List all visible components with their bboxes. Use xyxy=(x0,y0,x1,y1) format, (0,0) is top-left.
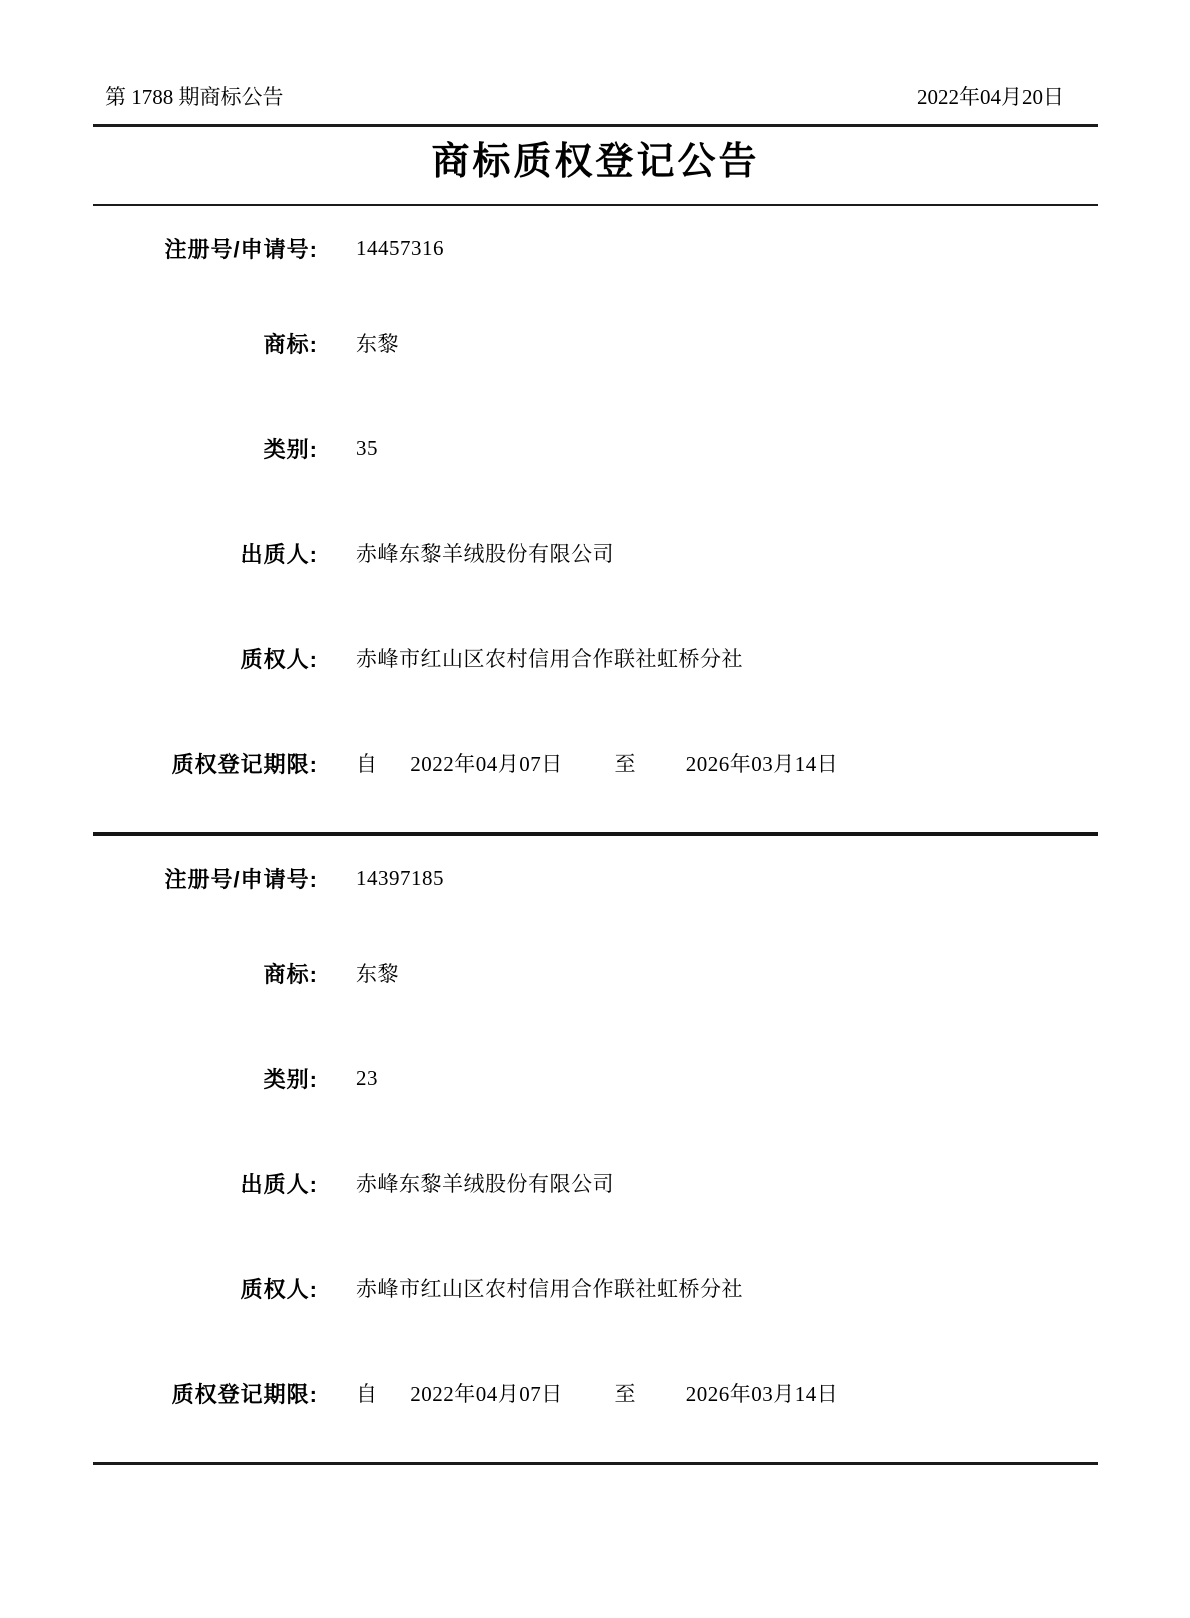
period-from-date: 2022年04月07日 xyxy=(410,1378,563,1408)
period-value: 自 2022年04月07日 至 2026年03月14日 xyxy=(318,1378,838,1408)
field-row-reg-no: 注册号/申请号: 14457316 xyxy=(93,206,1098,291)
class-value: 35 xyxy=(318,436,378,461)
reg-no-value: 14397185 xyxy=(318,866,444,891)
pledgor-value: 赤峰东黎羊绒股份有限公司 xyxy=(318,1168,614,1198)
page-bottom-rule xyxy=(93,1462,1098,1465)
field-row-trademark: 商标: 东黎 xyxy=(93,291,1098,396)
pledge-record-1: 注册号/申请号: 14457316 商标: 东黎 类别: 35 出质人: 赤峰东… xyxy=(93,206,1098,832)
period-from-date: 2022年04月07日 xyxy=(410,748,563,778)
period-to-label: 至 xyxy=(615,1378,637,1408)
pledgor-label: 出质人: xyxy=(93,538,318,569)
field-row-pledgee: 质权人: 赤峰市红山区农村信用合作联社虹桥分社 xyxy=(93,606,1098,711)
reg-no-value: 14457316 xyxy=(318,236,444,261)
field-row-class: 类别: 23 xyxy=(93,1026,1098,1131)
field-row-reg-no: 注册号/申请号: 14397185 xyxy=(93,836,1098,921)
trademark-value: 东黎 xyxy=(318,328,399,358)
gazette-page: 第 1788 期商标公告 2022年04月20日 商标质权登记公告 注册号/申请… xyxy=(0,0,1190,1618)
period-to-date: 2026年03月14日 xyxy=(686,748,839,778)
trademark-label: 商标: xyxy=(93,958,318,989)
class-value: 23 xyxy=(318,1066,378,1091)
period-to-date: 2026年03月14日 xyxy=(686,1378,839,1408)
field-row-period: 质权登记期限: 自 2022年04月07日 至 2026年03月14日 xyxy=(93,1341,1098,1446)
gazette-issue-number: 第 1788 期商标公告 xyxy=(105,84,284,111)
pledgor-value: 赤峰东黎羊绒股份有限公司 xyxy=(318,538,614,568)
document-header: 第 1788 期商标公告 2022年04月20日 xyxy=(93,0,1098,124)
pledgor-label: 出质人: xyxy=(93,1168,318,1199)
trademark-label: 商标: xyxy=(93,328,318,359)
field-row-pledgor: 出质人: 赤峰东黎羊绒股份有限公司 xyxy=(93,1131,1098,1236)
period-to-label: 至 xyxy=(615,748,637,778)
announcement-title: 商标质权登记公告 xyxy=(93,127,1098,204)
field-row-pledgor: 出质人: 赤峰东黎羊绒股份有限公司 xyxy=(93,501,1098,606)
reg-no-label: 注册号/申请号: xyxy=(93,863,318,894)
class-label: 类别: xyxy=(93,1063,318,1094)
period-value: 自 2022年04月07日 至 2026年03月14日 xyxy=(318,748,838,778)
field-row-class: 类别: 35 xyxy=(93,396,1098,501)
page-content: 第 1788 期商标公告 2022年04月20日 商标质权登记公告 注册号/申请… xyxy=(93,0,1098,1465)
trademark-value: 东黎 xyxy=(318,958,399,988)
period-label: 质权登记期限: xyxy=(93,748,318,779)
period-from-label: 自 xyxy=(356,1378,378,1408)
gazette-date: 2022年04月20日 xyxy=(917,84,1064,111)
period-label: 质权登记期限: xyxy=(93,1378,318,1409)
reg-no-label: 注册号/申请号: xyxy=(93,233,318,264)
field-row-trademark: 商标: 东黎 xyxy=(93,921,1098,1026)
pledgee-value: 赤峰市红山区农村信用合作联社虹桥分社 xyxy=(318,643,743,673)
pledgee-label: 质权人: xyxy=(93,643,318,674)
pledge-record-2: 注册号/申请号: 14397185 商标: 东黎 类别: 23 出质人: 赤峰东… xyxy=(93,836,1098,1462)
field-row-pledgee: 质权人: 赤峰市红山区农村信用合作联社虹桥分社 xyxy=(93,1236,1098,1341)
period-from-label: 自 xyxy=(356,748,378,778)
field-row-period: 质权登记期限: 自 2022年04月07日 至 2026年03月14日 xyxy=(93,711,1098,816)
class-label: 类别: xyxy=(93,433,318,464)
pledgee-label: 质权人: xyxy=(93,1273,318,1304)
pledgee-value: 赤峰市红山区农村信用合作联社虹桥分社 xyxy=(318,1273,743,1303)
